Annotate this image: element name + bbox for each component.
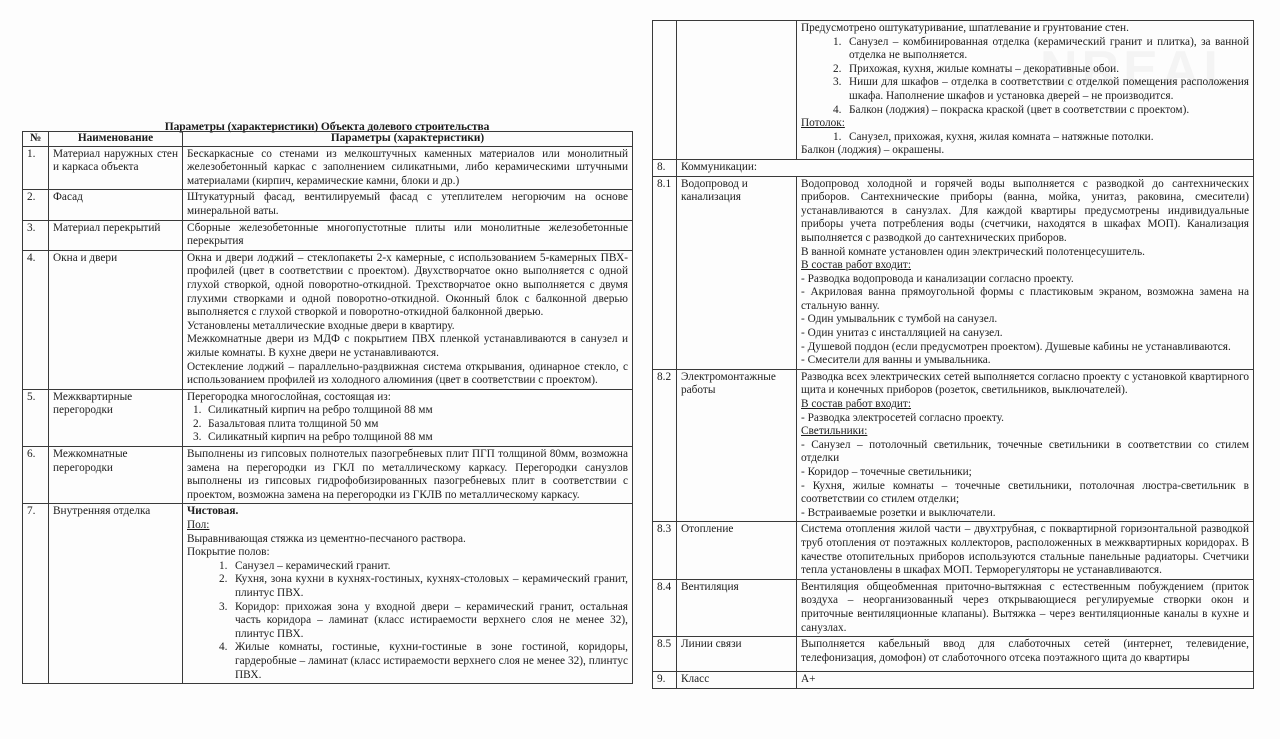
row-num: 3. (23, 220, 49, 250)
section-title: Коммуникации: (677, 159, 1254, 176)
table-row: 8.5 Линии связи Выполняется кабельный вв… (653, 637, 1254, 672)
works-label: В состав работ входит: (801, 259, 1249, 273)
row-num: 8.5 (653, 637, 677, 672)
row-params: Вентиляция общеобменная приточно-вытяжна… (797, 579, 1254, 636)
list-item: 3.Силикатный кирпич на ребро толщиной 88… (187, 431, 628, 445)
list-item: 4.Жилые комнаты, гостиные, кухни-гостины… (187, 641, 628, 682)
row-num: 2. (23, 190, 49, 220)
list-item: 1.Силикатный кирпич на ребро толщиной 88… (187, 404, 628, 418)
works-item: - Один унитаз с инсталляцией на санузел. (801, 327, 1249, 341)
row-num: 7. (23, 504, 49, 684)
works-item: - Разводка электросетей согласно проекту… (801, 412, 1249, 426)
works-item: - Акриловая ванна прямоугольной формы с … (801, 286, 1249, 313)
paragraph: Межкомнатные двери из МДФ с покрытием ПВ… (187, 333, 628, 360)
header-params: Параметры (характеристики) (183, 132, 633, 147)
ceiling-list: 1.Санузел, прихожая, кухня, жилая комнат… (801, 131, 1249, 145)
row-params: Бескаркасные со стенами из мелкоштучных … (183, 146, 633, 190)
header-name: Наименование (49, 132, 183, 147)
row-num: 8.2 (653, 369, 677, 522)
walls-intro: Предусмотрено оштукатуривание, шпатлеван… (801, 22, 1249, 36)
left-document-page: Параметры (характеристики) Объекта долев… (0, 0, 640, 739)
row-params: Выполняется кабельный ввод для слаботочн… (797, 637, 1254, 672)
row-params: Окна и двери лоджий – стеклопакеты 2-х к… (183, 250, 633, 389)
table-row: 6. Межкомнатные перегородки Выполнены из… (23, 447, 633, 504)
list-item: 4.Балкон (лоджия) – покраска краской (цв… (801, 104, 1249, 118)
table-row: 5. Межквартирные перегородки Перегородка… (23, 389, 633, 446)
table-header-row: № Наименование Параметры (характеристики… (23, 132, 633, 147)
row-params: Выполнены из гипсовых полнотелых пазогре… (183, 447, 633, 504)
row-params: А+ (797, 672, 1254, 689)
numbered-list: 1.Силикатный кирпич на ребро толщиной 88… (187, 404, 628, 445)
table-row: 8.1 Водопровод и канализация Водопровод … (653, 176, 1254, 369)
works-item: - Душевой поддон (если предусмотрен прое… (801, 341, 1249, 355)
row-name: Отопление (677, 522, 797, 579)
row-params: Разводка всех электрических сетей выполн… (797, 369, 1254, 522)
paragraph: Водопровод холодной и горячей воды выпол… (801, 178, 1249, 246)
finish-heading: Чистовая. (187, 505, 628, 519)
list-item: 2.Базальтовая плита толщиной 50 мм (187, 418, 628, 432)
works-item: - Один умывальник с тумбой на санузел. (801, 313, 1249, 327)
row-params: Предусмотрено оштукатуривание, шпатлеван… (797, 21, 1254, 160)
row-params: Система отопления жилой части – двухтруб… (797, 522, 1254, 579)
row-params: Водопровод холодной и горячей воды выпол… (797, 176, 1254, 369)
lights-item: - Санузел – потолочный светильник, точеч… (801, 439, 1249, 466)
paragraph: В ванной комнате установлен один электри… (801, 246, 1249, 260)
floor-cover-label: Покрытие полов: (187, 546, 628, 560)
works-item: - Разводка водопровода и канализации сог… (801, 273, 1249, 287)
lights-item: - Встраиваемые розетки и выключатели. (801, 507, 1249, 521)
table-row: 8.4 Вентиляция Вентиляция общеобменная п… (653, 579, 1254, 636)
lights-item: - Кухня, жилые комнаты – точечные светил… (801, 480, 1249, 507)
table-row: 1. Материал наружных стен и каркаса объе… (23, 146, 633, 190)
paragraph: Установлены металлические входные двери … (187, 320, 628, 334)
balcony-note: Балкон (лоджия) – окрашены. (801, 144, 1249, 158)
row-num: 1. (23, 146, 49, 190)
table-row: 3. Материал перекрытий Сборные железобет… (23, 220, 633, 250)
row-name: Фасад (49, 190, 183, 220)
row-name: Материал перекрытий (49, 220, 183, 250)
row-name: Межквартирные перегородки (49, 389, 183, 446)
table-row: 8.2 Электромонтажные работы Разводка все… (653, 369, 1254, 522)
floor-base: Выравнивающая стяжка из цементно-песчано… (187, 533, 628, 547)
row-num: 4. (23, 250, 49, 389)
floor-list: 1.Санузел – керамический гранит. 2.Кухня… (187, 560, 628, 682)
list-item: 1.Санузел – керамический гранит. (187, 560, 628, 574)
row-name: Класс (677, 672, 797, 689)
row-num: 5. (23, 389, 49, 446)
row-num: 8.1 (653, 176, 677, 369)
table-row: 2. Фасад Штукатурный фасад, вентилируемы… (23, 190, 633, 220)
parameters-table-continued: Предусмотрено оштукатуривание, шпатлеван… (652, 20, 1254, 689)
list-item: 1.Санузел – комбинированная отделка (кер… (801, 36, 1249, 63)
parameters-table: № Наименование Параметры (характеристики… (22, 131, 633, 684)
lights-item: - Коридор – точечные светильники; (801, 466, 1249, 480)
works-item: - Смесители для ванны и умывальника. (801, 354, 1249, 368)
ceiling-label: Потолок: (801, 117, 1249, 131)
walls-list: 1.Санузел – комбинированная отделка (кер… (801, 36, 1249, 118)
works-label: В состав работ входит: (801, 398, 1249, 412)
list-intro: Перегородка многослойная, состоящая из: (187, 391, 628, 405)
lights-label: Светильники: (801, 425, 1249, 439)
header-num: № (23, 132, 49, 147)
right-document-page: NREAL Предусмотрено оштукатуривание, шпа… (640, 0, 1280, 739)
table-row-continued: Предусмотрено оштукатуривание, шпатлеван… (653, 21, 1254, 160)
paragraph: Окна и двери лоджий – стеклопакеты 2-х к… (187, 252, 628, 320)
floor-label: Пол: (187, 519, 628, 533)
row-num: 8.4 (653, 579, 677, 636)
row-name: Вентиляция (677, 579, 797, 636)
row-name: Электромонтажные работы (677, 369, 797, 522)
list-item: 2.Кухня, зона кухни в кухнях-гостиных, к… (187, 573, 628, 600)
section-row: 8. Коммуникации: (653, 159, 1254, 176)
row-name (677, 21, 797, 160)
row-params: Перегородка многослойная, состоящая из: … (183, 389, 633, 446)
row-name: Внутренняя отделка (49, 504, 183, 684)
row-params: Штукатурный фасад, вентилируемый фасад с… (183, 190, 633, 220)
paragraph: Разводка всех электрических сетей выполн… (801, 371, 1249, 398)
table-row: 9. Класс А+ (653, 672, 1254, 689)
table-row: 7. Внутренняя отделка Чистовая. Пол: Выр… (23, 504, 633, 684)
list-item: 3.Коридор: прихожая зона у входной двери… (187, 601, 628, 642)
row-name: Межкомнатные перегородки (49, 447, 183, 504)
row-num: 8.3 (653, 522, 677, 579)
row-num: 6. (23, 447, 49, 504)
row-name: Водопровод и канализация (677, 176, 797, 369)
list-item: 3.Ниши для шкафов – отделка в соответств… (801, 76, 1249, 103)
row-params: Чистовая. Пол: Выравнивающая стяжка из ц… (183, 504, 633, 684)
row-num: 8. (653, 159, 677, 176)
row-name: Материал наружных стен и каркаса объекта (49, 146, 183, 190)
row-name: Линии связи (677, 637, 797, 672)
paragraph: Остекление лоджий – параллельно-раздвижн… (187, 361, 628, 388)
list-item: 1.Санузел, прихожая, кухня, жилая комнат… (801, 131, 1249, 145)
row-num (653, 21, 677, 160)
row-params: Сборные железобетонные многопустотные пл… (183, 220, 633, 250)
list-item: 2.Прихожая, кухня, жилые комнаты – декор… (801, 63, 1249, 77)
table-row: 8.3 Отопление Система отопления жилой ча… (653, 522, 1254, 579)
row-num: 9. (653, 672, 677, 689)
row-name: Окна и двери (49, 250, 183, 389)
table-row: 4. Окна и двери Окна и двери лоджий – ст… (23, 250, 633, 389)
